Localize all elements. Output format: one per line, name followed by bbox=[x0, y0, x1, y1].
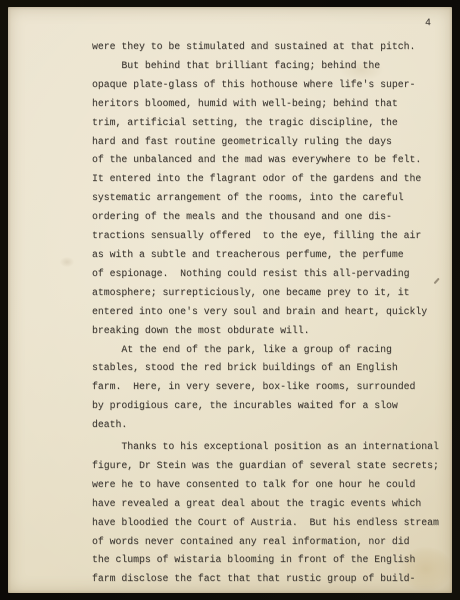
text-line: of espionage. Nothing could resist this … bbox=[92, 265, 448, 284]
text-line: heritors bloomed, humid with well-being;… bbox=[92, 95, 448, 114]
text-line: hard and fast routine geometrically ruli… bbox=[92, 133, 448, 152]
text-line: breaking down the most obdurate will. bbox=[92, 322, 448, 341]
text-line: the clumps of wistaria blooming in front… bbox=[92, 551, 448, 570]
text-line: entered into one's very soul and brain a… bbox=[92, 303, 448, 322]
text-line: But behind that brilliant facing; behind… bbox=[92, 57, 448, 76]
text-line: figure, Dr Stein was the guardian of sev… bbox=[92, 457, 448, 476]
text-line: death. bbox=[92, 416, 448, 435]
text-line: stables, stood the red brick buildings o… bbox=[92, 359, 448, 378]
text-line: trim, artificial setting, the tragic dis… bbox=[92, 114, 448, 133]
text-line: At the end of the park, like a group of … bbox=[92, 341, 448, 360]
text-line: have bloodied the Court of Austria. But … bbox=[92, 514, 448, 533]
text-line: systematic arrangement of the rooms, int… bbox=[92, 189, 448, 208]
text-line: were they to be stimulated and sustained… bbox=[92, 38, 448, 57]
typewritten-text-block: were they to be stimulated and sustained… bbox=[92, 38, 448, 589]
text-line: of words never contained any real inform… bbox=[92, 533, 448, 552]
text-line: were he to have consented to talk for on… bbox=[92, 476, 448, 495]
text-line: have revealed a great deal about the tra… bbox=[92, 495, 448, 514]
scan-background-border: 4 were they to be stimulated and sustain… bbox=[0, 0, 460, 600]
manuscript-page: 4 were they to be stimulated and sustain… bbox=[8, 7, 452, 593]
text-line: farm disclose the fact that that rustic … bbox=[92, 570, 448, 589]
text-line: It entered into the flagrant odor of the… bbox=[92, 170, 448, 189]
text-line: by prodigious care, the incurables waite… bbox=[92, 397, 448, 416]
text-line: of the unbalanced and the mad was everyw… bbox=[92, 151, 448, 170]
page-number: 4 bbox=[425, 17, 431, 29]
text-line: tractions sensually offered to the eye, … bbox=[92, 227, 448, 246]
paper-stain bbox=[60, 257, 74, 267]
text-line: as with a subtle and treacherous perfume… bbox=[92, 246, 448, 265]
text-line: farm. Here, in very severe, box-like roo… bbox=[92, 378, 448, 397]
text-line: ordering of the meals and the thousand a… bbox=[92, 208, 448, 227]
text-line: opaque plate-glass of this hothouse wher… bbox=[92, 76, 448, 95]
text-line: atmosphere; surrepticiously, one became … bbox=[92, 284, 448, 303]
text-line: Thanks to his exceptional position as an… bbox=[92, 438, 448, 457]
